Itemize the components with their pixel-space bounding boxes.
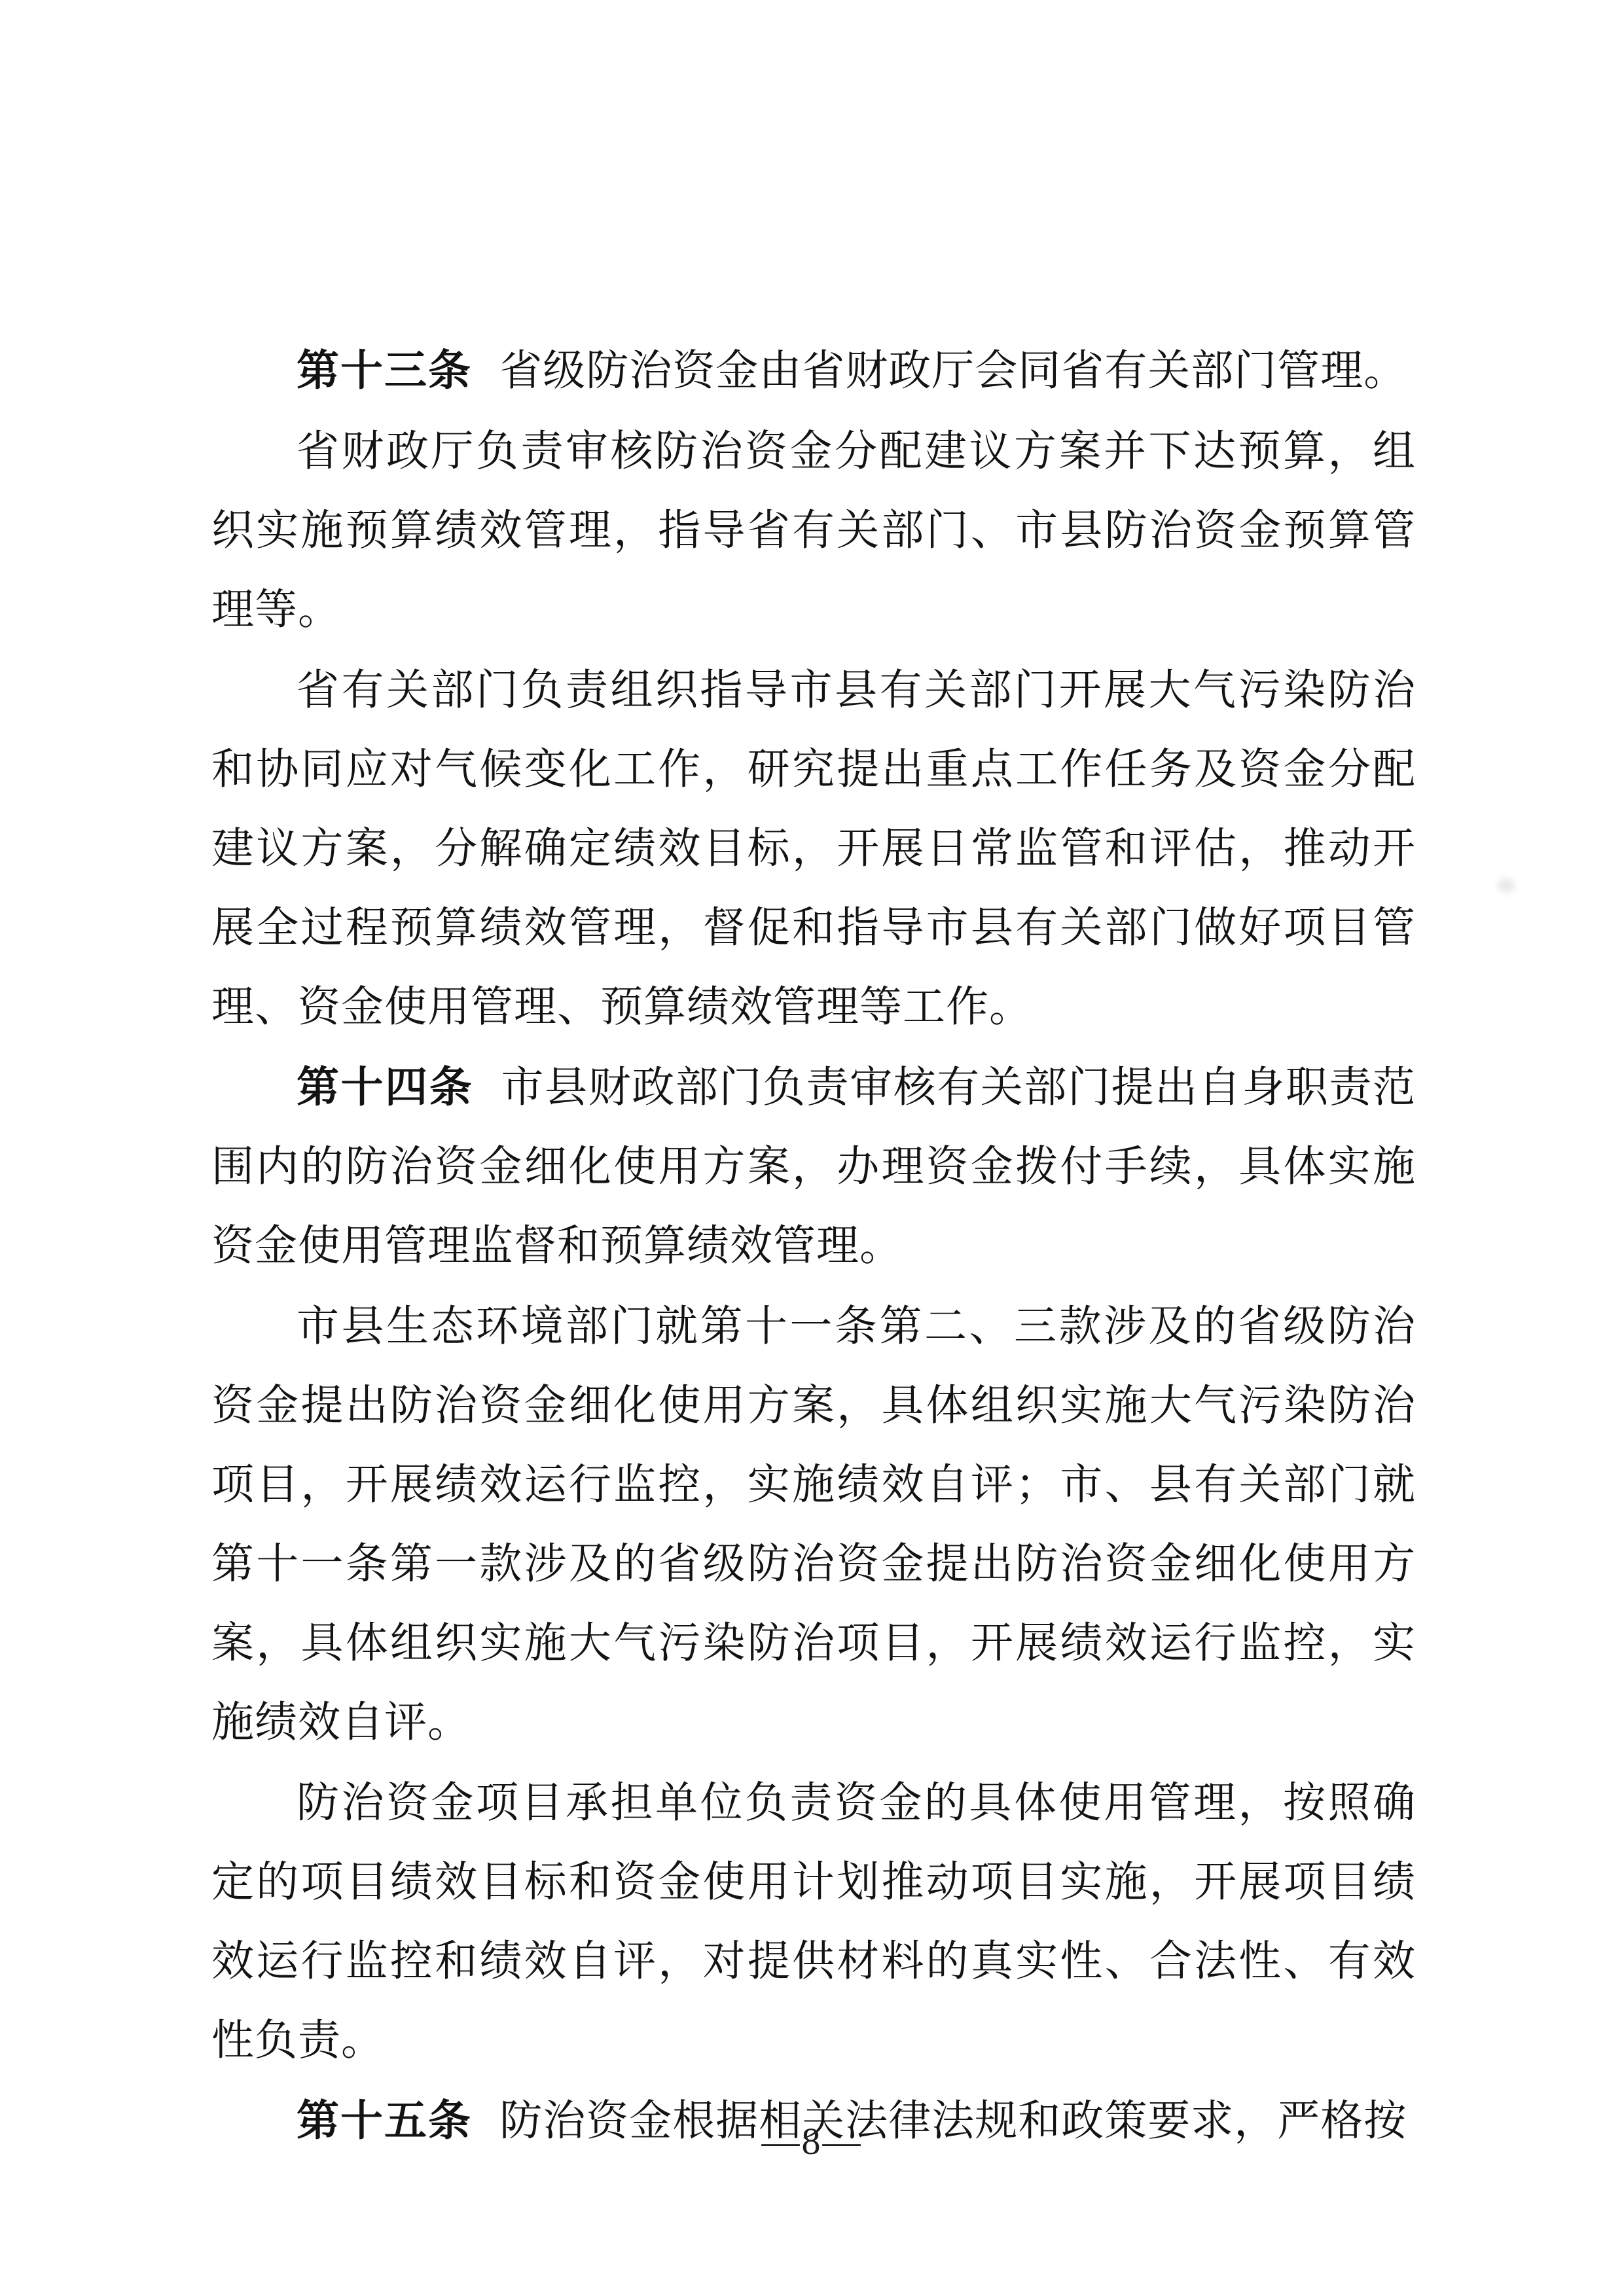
- page-number: —8—: [0, 2119, 1624, 2163]
- article-13-opening-paragraph: 第十三条省级防治资金由省财政厅会同省有关部门管理。: [211, 331, 1416, 411]
- scan-artifact: [1498, 878, 1515, 893]
- city-county-env-dept-duties-text: 市县生态环境部门就第十一条第二、三款涉及的省级防治资金提出防治资金细化使用方案，…: [211, 1303, 1416, 1746]
- document-body: 第十三条省级防治资金由省财政厅会同省有关部门管理。 省财政厅负责审核防治资金分配…: [211, 331, 1416, 2161]
- article-14-opening-paragraph: 第十四条市县财政部门负责审核有关部门提出自身职责范围内的防治资金细化使用方案，办…: [211, 1047, 1416, 1286]
- city-county-env-dept-duties-paragraph: 市县生态环境部门就第十一条第二、三款涉及的省级防治资金提出防治资金细化使用方案，…: [211, 1286, 1416, 1763]
- project-undertaker-duties-paragraph: 防治资金项目承担单位负责资金的具体使用管理，按照确定的项目绩效目标和资金使用计划…: [211, 1763, 1416, 2081]
- document-page: 第十三条省级防治资金由省财政厅会同省有关部门管理。 省财政厅负责审核防治资金分配…: [0, 0, 1624, 2296]
- article-13-text: 省级防治资金由省财政厅会同省有关部门管理。: [499, 348, 1407, 395]
- provincial-finance-dept-duties-text: 省财政厅负责审核防治资金分配建议方案并下达预算，组织实施预算绩效管理，指导省有关…: [211, 428, 1416, 634]
- project-undertaker-duties-text: 防治资金项目承担单位负责资金的具体使用管理，按照确定的项目绩效目标和资金使用计划…: [211, 1780, 1416, 2064]
- provincial-departments-duties-paragraph: 省有关部门负责组织指导市县有关部门开展大气污染防治和协同应对气候变化工作，研究提…: [211, 650, 1416, 1047]
- article-14-number: 第十四条: [297, 1063, 473, 1111]
- article-13-number: 第十三条: [297, 346, 472, 394]
- provincial-departments-duties-text: 省有关部门负责组织指导市县有关部门开展大气污染防治和协同应对气候变化工作，研究提…: [211, 667, 1416, 1031]
- provincial-finance-dept-duties-paragraph: 省财政厅负责审核防治资金分配建议方案并下达预算，组织实施预算绩效管理，指导省有关…: [211, 411, 1416, 650]
